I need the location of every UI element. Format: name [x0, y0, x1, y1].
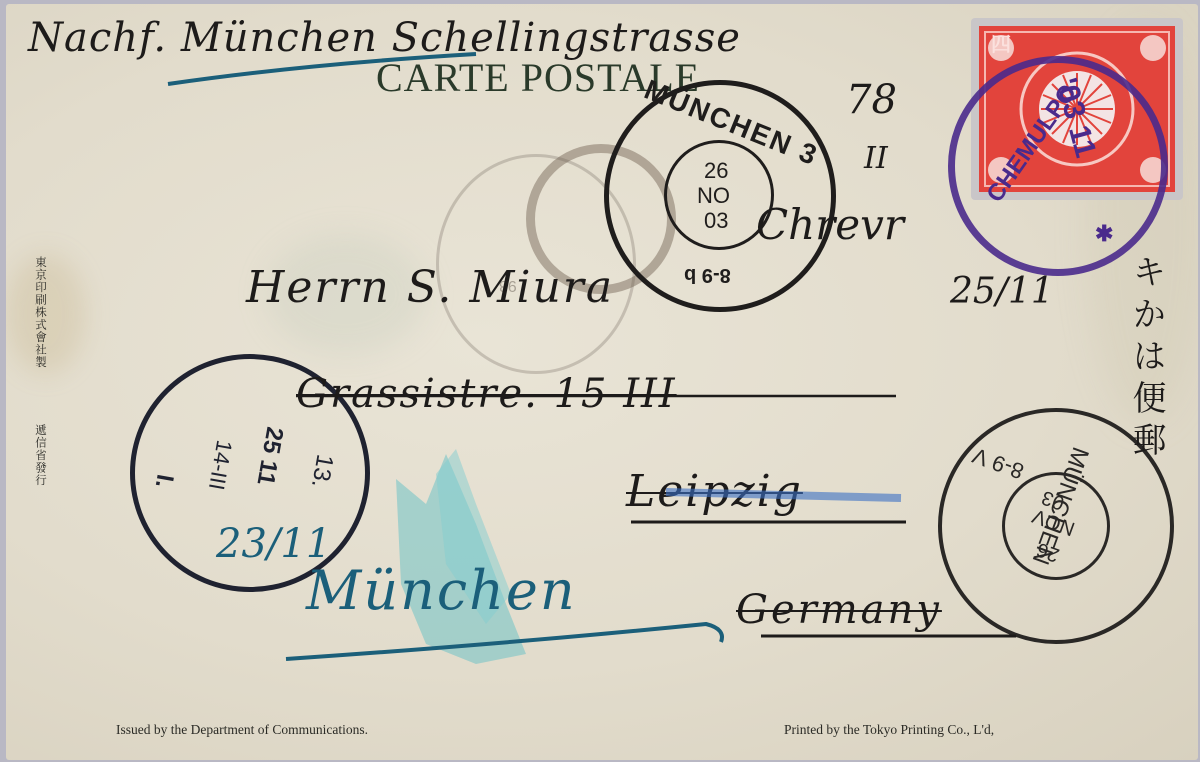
- postcard: CARTE POSTALE 東京印刷株式會社製 遞信省發行 Issued by …: [6, 4, 1198, 760]
- ink-strokes: [6, 4, 1198, 760]
